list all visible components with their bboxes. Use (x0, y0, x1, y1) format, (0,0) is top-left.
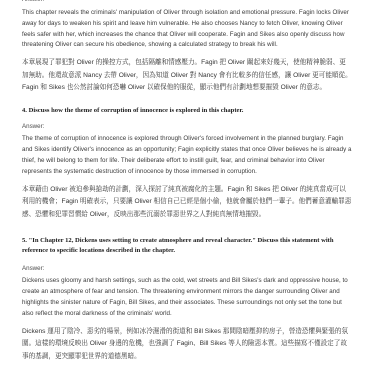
answer-paragraph-english-q5: Dickens uses gloomy and harsh settings, … (22, 276, 352, 319)
answer-paragraph-english-q4: The theme of corruption of innocence is … (22, 134, 352, 177)
answer-paragraph-chinese-q4: 本章藉由 Oliver 被迫參與搶劫的計劃，深入探討了純真被腐化的主題。Fagi… (22, 184, 352, 222)
answer-label-q3: Answer: (22, 0, 352, 4)
answer-label-q5: Answer: (22, 265, 352, 273)
answer-paragraph-chinese-q3: 本章展現了罪犯對 Oliver 的操控方式，包括隔離和情感壓力。Fagin 把 … (22, 57, 352, 95)
answer-paragraph-chinese-q5: Dickens 運用了陰冷、惡劣的場景，例如冰冷濕滑的街道和 Bill Sike… (22, 326, 352, 364)
document-page: Answer: This chapter reveals the crimina… (0, 0, 375, 371)
answer-label-q4: Answer: (22, 123, 352, 131)
question-heading-5: 5. "In Chapter 12, Dickens uses setting … (22, 236, 352, 255)
answer-paragraph-english-q3: This chapter reveals the criminals' mani… (22, 8, 352, 51)
question-heading-4: 4. Discuss how the theme of corruption o… (22, 106, 352, 116)
